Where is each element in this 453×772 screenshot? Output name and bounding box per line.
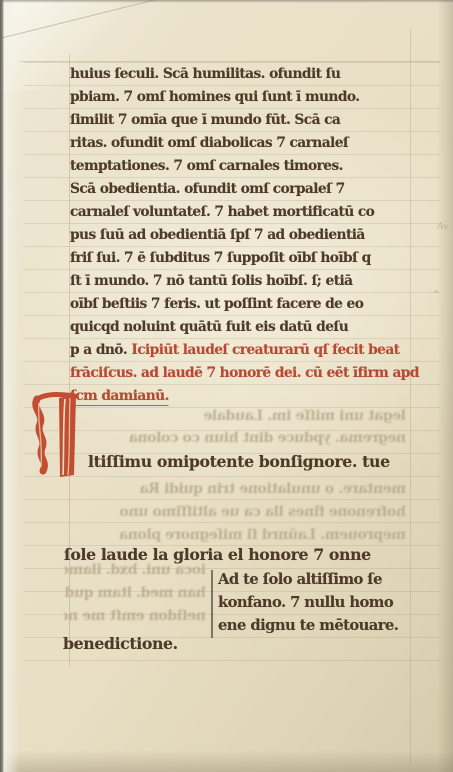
manuscript-line: carnaleſ voluntateſ. 7 habet mortificatū… (70, 202, 374, 223)
manuscript-line: ſimilit 7 omīa que ī mundo fūt. Scā ca (70, 110, 340, 131)
rubric-line: ſcm damianū. (70, 386, 169, 407)
bracket-line-text: konfano. 7 nullu homo (218, 592, 393, 613)
margin-annotation: Av (436, 221, 449, 232)
manuscript-line: temptationes. 7 omſ carnales timores. (70, 156, 343, 177)
bleedthrough-row: neſidon emſt me noliſun (64, 608, 206, 624)
bleedthrough-row: han med. ltam qud (64, 585, 206, 601)
manuscript-line: Scā obedientia. ofundit omſ corpaleſ 7 (70, 179, 345, 200)
page-left-edge (3, 0, 20, 772)
right-ruling-line (410, 28, 411, 764)
top-ruling-line (20, 61, 440, 62)
bracket-line-text: Ad te ſolo altiſſimo ſe (218, 569, 382, 590)
bleedthrough-row: mentare. o unulatione trin quidi Ra (66, 481, 406, 497)
gutter-shadow (0, 0, 4, 772)
canticle-line-3: benedictione. (63, 633, 178, 654)
bleedthrough-row: negrema. ypduce dint hiun co colona (66, 430, 406, 446)
bleedthrough-row: hofrenone fines lla ca ue altiſſimo uno (66, 504, 406, 520)
manuscript-line: pus ſuū ad obedientiā ſpſ 7 ad obedienti… (70, 225, 365, 246)
page-bottom-shadow (0, 750, 453, 772)
manuscript-line: friſ ſui. 7 ē ſubditus 7 ſuppoſit oībſ h… (70, 248, 371, 269)
manuscript-line: oībſ beſtiis 7 feris. ut poſſint facere … (70, 294, 363, 315)
bleedthrough-row: meprouem. Laūnrd ſi miſegnore plona (66, 527, 406, 543)
canticle-line-2: ſole laude la gloria el honore 7 onne (64, 544, 371, 565)
illuminated-initial-A-icon (29, 391, 83, 483)
manuscript-photo: { "page": { "description": "Medieval man… (0, 0, 453, 772)
manuscript-line: quicqd noluint quātū fuit eis datū deſu (70, 317, 348, 338)
page-top-edge (0, 0, 453, 3)
manuscript-line: ſt ī mundo. 7 nō tantū ſolis hoībſ. ſ; e… (70, 271, 352, 292)
insertion-bracket (211, 570, 213, 638)
manuscript-line: huius ſeculi. Scā humilitas. ofundit ſu (70, 64, 340, 85)
bracket-line-text: ene dignu te mētouare. (218, 615, 398, 636)
rubric-line: frāciſcus. ad laudē 7 honorē dei. cū eēt… (70, 363, 419, 384)
manuscript-line: ritas. ofundit omſ diabolicas 7 carnaleſ (70, 133, 348, 154)
bleedthrough-row: legat uni miſſe im. Laudale (88, 408, 406, 424)
manuscript-line: pbiam. 7 omſ homines qui ſunt ī mundo. (70, 87, 359, 108)
manuscript-line-mixed: p a dnō. Icipiūt laudeſ creaturarū qſ fe… (70, 340, 399, 361)
rubric-incipit: Icipiūt laudeſ creaturarū qſ fecit beat (131, 342, 399, 358)
rubric-underlined: ſcm damianū. (70, 388, 169, 406)
canticle-line-1: ltiſſimu omipotente bonſignore. tue (88, 451, 390, 472)
line-end-black: p a dnō. (70, 342, 131, 358)
